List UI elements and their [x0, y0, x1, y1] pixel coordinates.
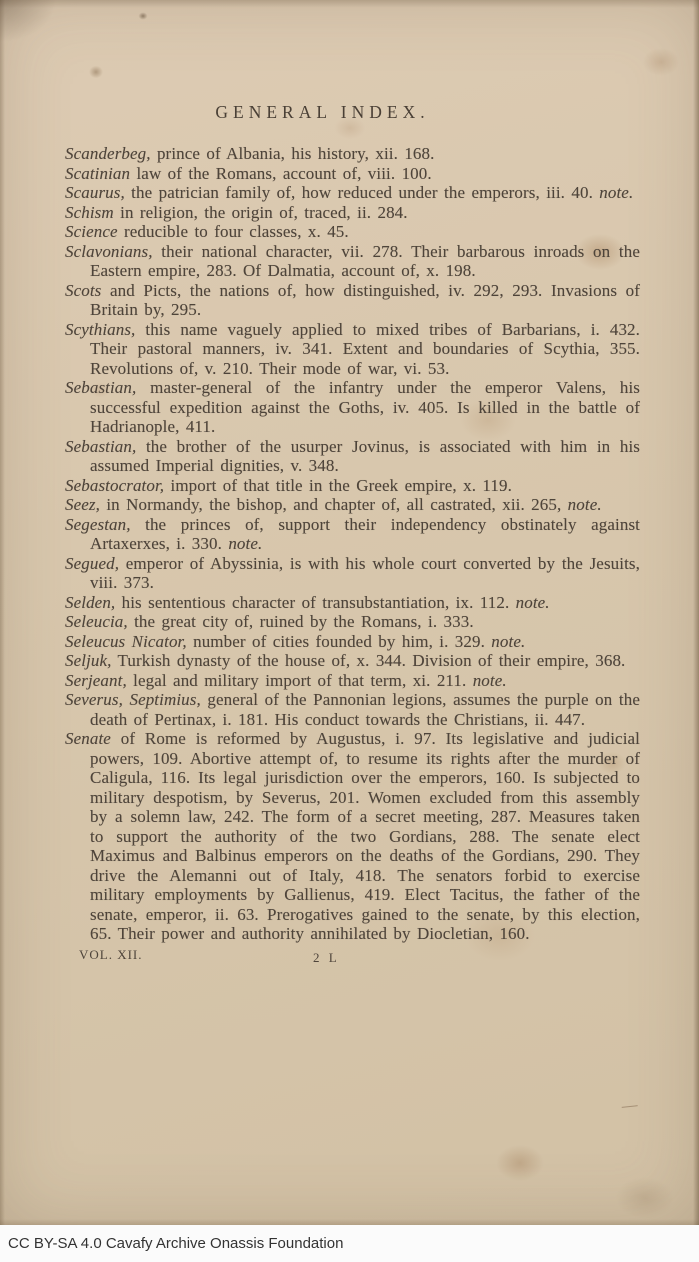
index-entry: Scanderbeg, prince of Albania, his histo…: [65, 144, 640, 164]
index-entry: Science reducible to four classes, x. 45…: [65, 222, 640, 242]
index-entry: Scatinian law of the Romans, account of,…: [65, 164, 640, 184]
scanned-page: GENERAL INDEX. Scanderbeg, prince of Alb…: [0, 0, 699, 1225]
index-entry: Sebastocrator, import of that title in t…: [65, 476, 640, 496]
index-entry: Selden, his sententious character of tra…: [65, 593, 640, 613]
index-entry: Segued, emperor of Abyssinia, is with hi…: [65, 554, 640, 593]
index-entry: Scaurus, the patrician family of, how re…: [65, 183, 640, 203]
index-entry: Senate of Rome is reformed by Augustus, …: [65, 729, 640, 944]
index-entry: Scots and Picts, the nations of, how dis…: [65, 281, 640, 320]
index-entry: Severus, Septimius, general of the Panno…: [65, 690, 640, 729]
index-entry: Seez, in Normandy, the bishop, and chapt…: [65, 495, 640, 515]
index-entry: Sclavonians, their national character, v…: [65, 242, 640, 281]
pencil-mark: [622, 1105, 639, 1114]
license-caption: CC BY-SA 4.0 Cavafy Archive Onassis Foun…: [8, 1235, 343, 1252]
index-entry: Segestan, the princes of, support their …: [65, 515, 640, 554]
page-footer: VOL. XII. 2 L: [65, 947, 640, 967]
volume-label: VOL. XII.: [79, 947, 143, 963]
index-entry: Seljuk, Turkish dynasty of the house of,…: [65, 651, 640, 671]
index-entry: Sebastian, the brother of the usurper Jo…: [65, 437, 640, 476]
index-entry: Scythians, this name vaguely applied to …: [65, 320, 640, 379]
page-title: GENERAL INDEX.: [65, 102, 640, 123]
page-content: GENERAL INDEX. Scanderbeg, prince of Alb…: [65, 102, 640, 967]
index-entries: Scanderbeg, prince of Albania, his histo…: [65, 144, 640, 944]
index-entry: Seleucia, the great city of, ruined by t…: [65, 612, 640, 632]
signature-mark: 2 L: [313, 950, 340, 966]
index-entry: Schism in religion, the origin of, trace…: [65, 203, 640, 223]
index-entry: Serjeant, legal and military import of t…: [65, 671, 640, 691]
license-bar: CC BY-SA 4.0 Cavafy Archive Onassis Foun…: [0, 1225, 699, 1262]
index-entry: Sebastian, master-general of the infantr…: [65, 378, 640, 437]
index-entry: Seleucus Nicator, number of cities found…: [65, 632, 640, 652]
